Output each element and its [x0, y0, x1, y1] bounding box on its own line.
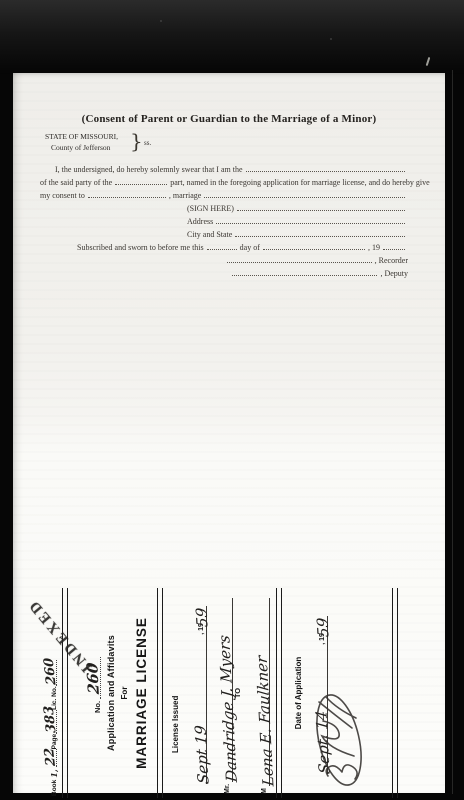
- lic-no-value-handwritten: 260: [42, 658, 60, 685]
- scan-edge-line: [452, 70, 453, 794]
- blank-line: [204, 197, 405, 198]
- venue-brace: }: [130, 129, 143, 153]
- card-rule: [62, 588, 68, 798]
- card-subtitle-1: Application and Affidavits: [106, 588, 116, 798]
- clerk-scribble-mark: [306, 680, 370, 790]
- stray-pen-mark: 1,: [49, 769, 59, 777]
- application-year-handwritten: 59: [313, 617, 332, 638]
- scanned-document: (Consent of Parent or Guardian to the Ma…: [0, 0, 464, 800]
- document-page: (Consent of Parent or Guardian to the Ma…: [13, 73, 445, 793]
- day-blank: [207, 249, 237, 250]
- license-issued-label: License Issued: [171, 588, 180, 753]
- city-state-blank: [235, 236, 405, 237]
- card-title: MARRIAGE LICENSE: [134, 588, 149, 798]
- sworn-mid-text: day of: [240, 243, 260, 252]
- groom-prefix-label: Mr.: [224, 784, 231, 794]
- sign-here-line: (SIGN HERE): [40, 200, 408, 213]
- scan-black-margin-top: [0, 0, 464, 74]
- address-line: Address: [40, 213, 408, 226]
- city-state-line: City and State: [40, 226, 408, 239]
- bride-name-handwritten: Lena E. Faulkner: [253, 655, 278, 787]
- year-blank: [383, 249, 405, 250]
- license-year-handwritten: 59: [192, 607, 211, 628]
- book-label: Book: [51, 780, 58, 796]
- bride-line: M Lena E. Faulkner: [244, 598, 270, 794]
- sworn-line: Subscribed and sworn to before me this d…: [40, 239, 408, 252]
- license-issued-date-line: Sept 19 , 19 59: [182, 606, 207, 784]
- consent-line-1-text: I, the undersigned, do hereby solemnly s…: [55, 165, 243, 174]
- card-rule: [157, 588, 163, 798]
- book-blank: 22: [43, 749, 57, 767]
- county-line: County of Jefferson: [45, 142, 118, 153]
- address-blank: [216, 223, 405, 224]
- consent-form-title: (Consent of Parent or Guardian to the Ma…: [13, 113, 445, 125]
- consent-line-2-post: part, named in the foregoing application…: [170, 178, 429, 187]
- license-date-handwritten: Sept 19: [191, 725, 212, 785]
- consent-line-2: of the said party of the part, named in …: [40, 174, 408, 187]
- card-no-blank: 260: [84, 657, 101, 699]
- lic-no-blank: 260: [43, 660, 57, 686]
- recorder-label: , Recorder: [375, 256, 408, 265]
- bride-prefix-label: M: [261, 788, 268, 794]
- signature-blank: [237, 210, 405, 211]
- consent-line-3-pre: my consent to: [40, 191, 85, 200]
- state-line: STATE OF MISSOURI,: [45, 131, 118, 142]
- date-of-application-label: Date of Application: [294, 588, 303, 798]
- consent-line-1: I, the undersigned, do hereby solemnly s…: [40, 161, 408, 174]
- deputy-label: , Deputy: [380, 269, 408, 278]
- consent-form-body: I, the undersigned, do hereby solemnly s…: [40, 161, 408, 278]
- sign-here-label: (SIGN HERE): [187, 204, 234, 213]
- scan-speck: [330, 38, 332, 40]
- consent-line-3-post: , marriage: [169, 191, 201, 200]
- blank-line: [88, 197, 166, 198]
- address-label: Address: [187, 217, 213, 226]
- bride-name-blank: Lena E. Faulkner: [256, 598, 270, 786]
- month-blank: [263, 249, 365, 250]
- consent-line-3: my consent to , marriage: [40, 187, 408, 200]
- card-no-label: No.: [93, 701, 102, 713]
- groom-name-blank: Dandridge J. Myers: [219, 598, 233, 782]
- book-value-handwritten: 22: [42, 748, 59, 766]
- card-rule: [392, 588, 398, 798]
- card-no-value-handwritten: 260: [83, 661, 103, 694]
- city-state-label: City and State: [187, 230, 232, 239]
- blank-line: [115, 184, 167, 185]
- marriage-license-index-card: Book 1, 22 Page 383 Lic. No. 260 INDEXED…: [30, 588, 400, 798]
- scan-speck: [160, 20, 162, 22]
- card-rule: [276, 588, 282, 798]
- blank-line: [246, 171, 406, 172]
- deputy-signature-blank: [232, 275, 377, 276]
- venue-block: STATE OF MISSOURI, County of Jefferson: [45, 131, 118, 153]
- consent-line-2-pre: of the said party of the: [40, 178, 112, 187]
- page-value-handwritten: 383: [42, 706, 60, 733]
- deputy-line: , Deputy: [40, 265, 408, 278]
- ss-label: ss.: [144, 139, 151, 147]
- recorder-line: , Recorder: [40, 252, 408, 265]
- year-prefix: , 19: [368, 243, 380, 252]
- recorder-signature-blank: [227, 262, 372, 263]
- sworn-pre-text: Subscribed and sworn to before me this: [77, 243, 204, 252]
- page-blank: 383: [43, 710, 57, 734]
- card-subtitle-2: For: [120, 588, 129, 798]
